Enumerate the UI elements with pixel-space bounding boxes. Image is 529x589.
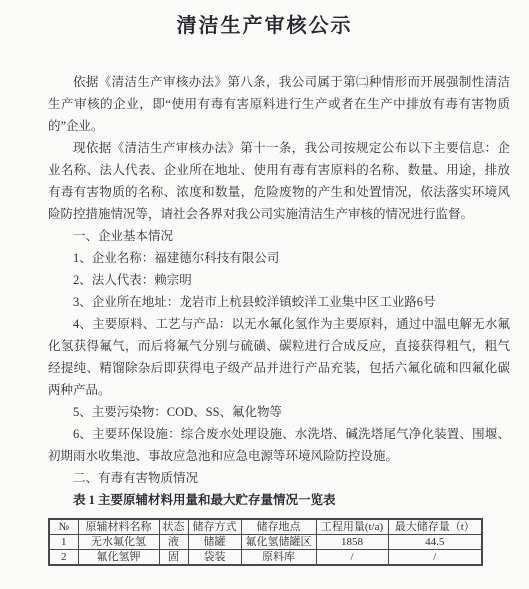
header-cell-no: № — [49, 519, 78, 535]
header-cell-state: 状态 — [159, 519, 188, 535]
cell-state: 液 — [159, 535, 188, 550]
cell-usage: 1858 — [316, 535, 388, 550]
materials-table: № 原辅材料名称 状态 储存方式 储存地点 工程用量(t/a) 最大储存量（t）… — [48, 518, 483, 566]
paragraph-legal-basis: 依据《清洁生产审核办法》第八条，我公司属于第㈡种情形而开展强制性清洁生产审核的企… — [48, 71, 510, 137]
header-cell-max-storage: 最大储存量（t） — [388, 519, 482, 535]
table-row: 2 氟化氢钾 固 袋装 原料库 / / — [49, 550, 482, 566]
cell-state: 固 — [159, 550, 188, 566]
page-title: 清洁生产审核公示 — [48, 13, 481, 39]
item-main-pollutants: 5、主要污染物：COD、SS、氟化物等 — [48, 401, 510, 423]
document-page: 清洁生产审核公示 依据《清洁生产审核办法》第八条，我公司属于第㈡种情形而开展强制… — [0, 0, 529, 589]
cell-no: 2 — [49, 550, 78, 566]
table-header-row: № 原辅材料名称 状态 储存方式 储存地点 工程用量(t/a) 最大储存量（t） — [49, 519, 482, 535]
section-heading-basic-info: 一、企业基本情况 — [48, 225, 510, 247]
header-cell-material: 原辅材料名称 — [78, 519, 159, 535]
header-cell-usage: 工程用量(t/a) — [316, 519, 388, 535]
table1-caption: 表 1 主要原辅材料用量和最大贮存量情况一览表 — [48, 489, 510, 511]
item-company-name: 1、企业名称：福建德尔科技有限公司 — [48, 247, 510, 269]
materials-table-body: 1 无水氟化氢 液 储罐 氟化氢储罐区 1858 44.5 2 氟化氢钾 固 袋… — [49, 535, 482, 566]
cell-usage: / — [316, 550, 388, 566]
cell-storage-place: 氟化氢储罐区 — [241, 535, 316, 550]
cell-storage-place: 原料库 — [241, 550, 316, 566]
materials-table-head: № 原辅材料名称 状态 储存方式 储存地点 工程用量(t/a) 最大储存量（t） — [49, 519, 482, 535]
cell-storage-method: 袋装 — [188, 550, 241, 566]
section-heading-toxic-substances: 二、有毒有害物质情况 — [48, 467, 510, 489]
item-materials-process-products: 4、主要原料、工艺与产品：以无水氟化氢作为主要原料，通过中温电解无水氟化氢获得氟… — [48, 313, 510, 401]
cell-max-storage: / — [388, 550, 482, 566]
cell-max-storage: 44.5 — [388, 535, 482, 550]
cell-material: 氟化氢钾 — [78, 550, 159, 566]
item-environmental-facilities: 6、主要环保设施：综合废水处理设施、水洗塔、碱洗塔尾气净化装置、围堰、初期雨水收… — [48, 423, 510, 467]
document-body: 依据《清洁生产审核办法》第八条，我公司属于第㈡种情形而开展强制性清洁生产审核的企… — [48, 71, 510, 566]
header-cell-storage-method: 储存方式 — [188, 519, 241, 535]
header-cell-storage-place: 储存地点 — [241, 519, 316, 535]
cell-storage-method: 储罐 — [188, 535, 241, 550]
item-legal-representative: 2、法人代表：赖宗明 — [48, 269, 510, 291]
item-company-address: 3、企业所在地址：龙岩市上杭县蛟洋镇蛟洋工业集中区工业路6号 — [48, 291, 510, 313]
paragraph-disclosure-scope: 现依据《清洁生产审核办法》第十一条，我公司按规定公布以下主要信息：企业名称、法人… — [48, 137, 510, 225]
table-row: 1 无水氟化氢 液 储罐 氟化氢储罐区 1858 44.5 — [49, 535, 482, 550]
cell-no: 1 — [49, 535, 78, 550]
cell-material: 无水氟化氢 — [78, 535, 159, 550]
